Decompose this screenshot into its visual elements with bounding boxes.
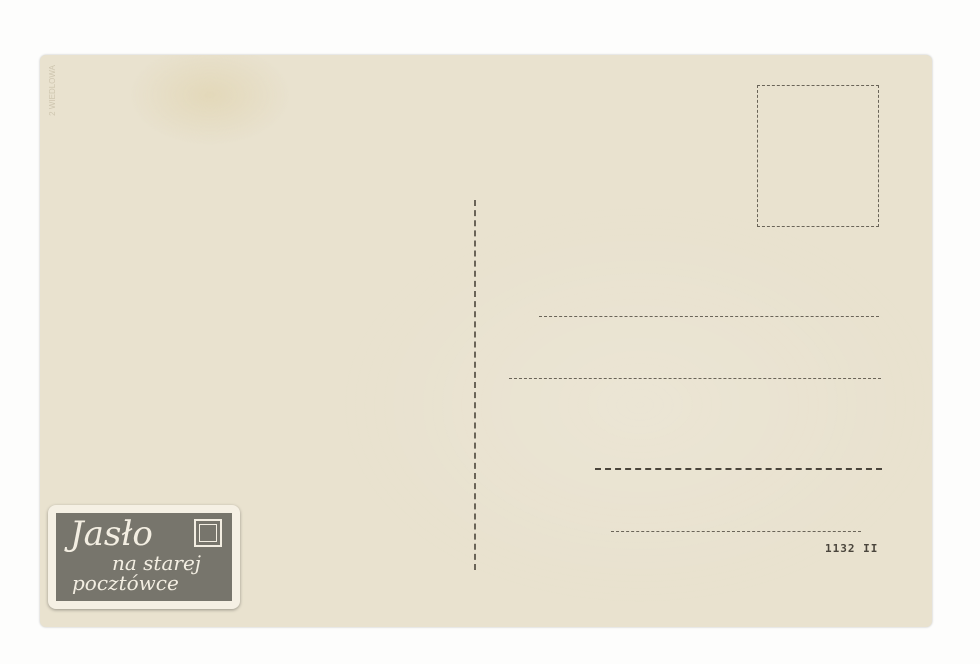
- stamp-icon: [194, 519, 222, 547]
- logo-title: Jasło: [70, 517, 153, 551]
- logo-inner-panel: Jasło na starej pocztówce: [56, 513, 232, 601]
- logo-subtitle-1: na starej: [112, 553, 201, 573]
- center-divider-line: [474, 200, 476, 570]
- logo-subtitle-2: pocztówce: [72, 573, 179, 593]
- address-line-3: [595, 468, 882, 470]
- stamp-area-box: [757, 85, 879, 227]
- print-code: 1132 II: [825, 542, 878, 555]
- side-stamp-text: 2 WIEDLOWA: [48, 65, 57, 116]
- address-line-2: [509, 378, 881, 379]
- address-line-4: [611, 531, 861, 532]
- logo-badge: Jasło na starej pocztówce: [48, 505, 240, 609]
- address-line-1: [539, 316, 879, 317]
